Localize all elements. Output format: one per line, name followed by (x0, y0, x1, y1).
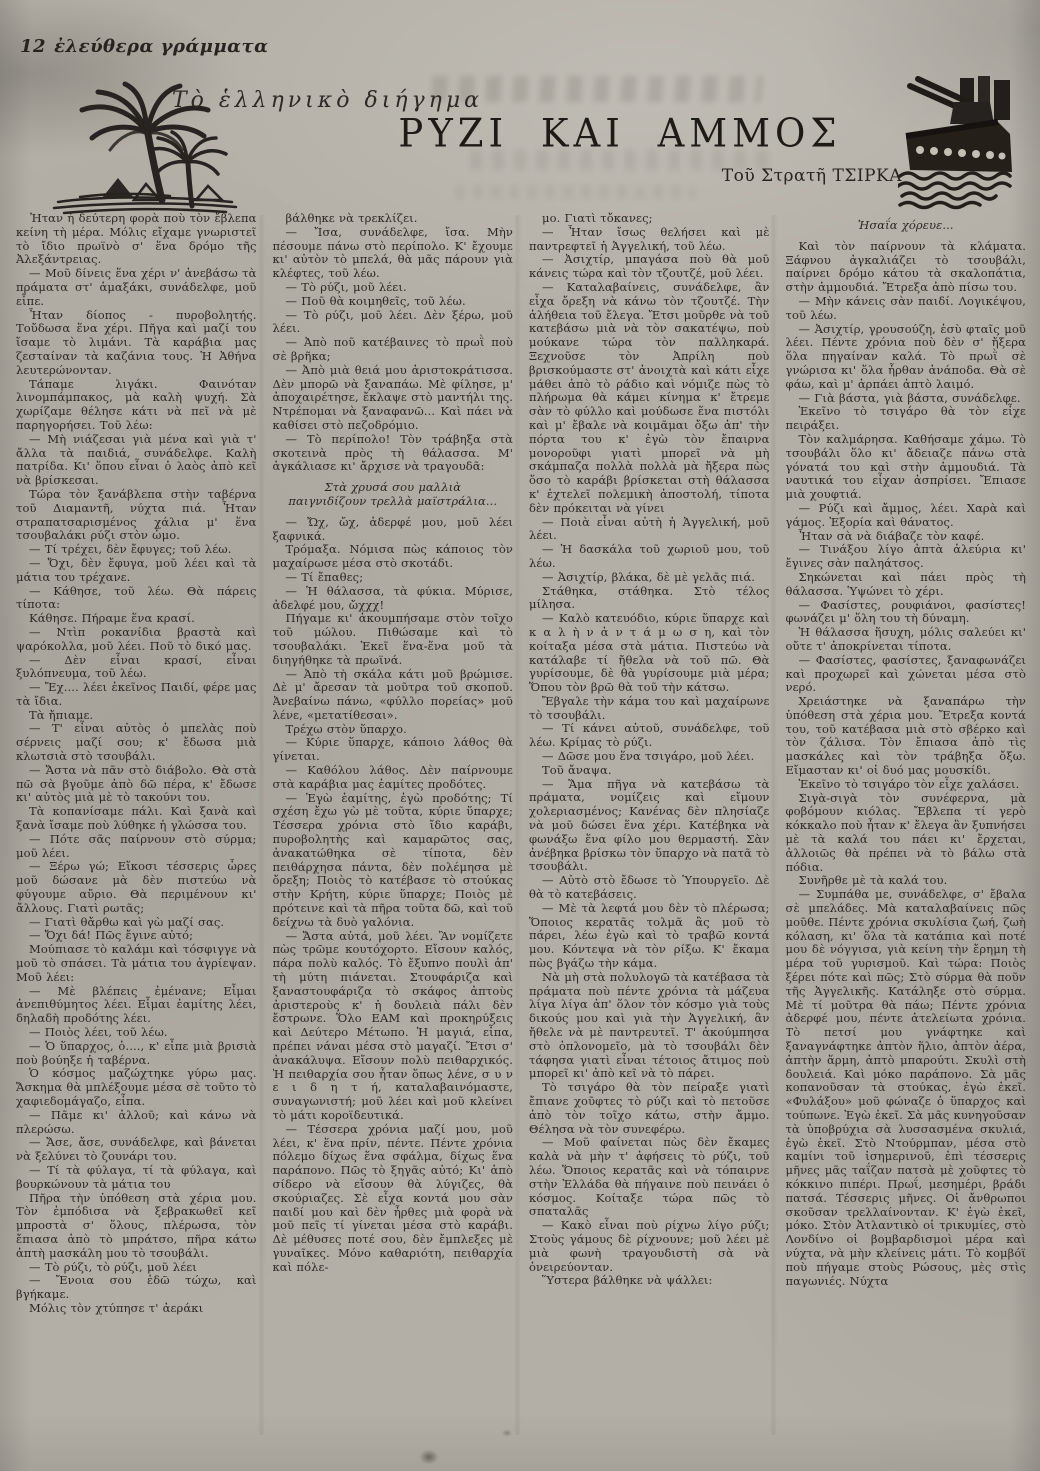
paragraph: — Ἐγὼ ἐαμίτης, ἐγὼ προδότης; Τί σχέση ἔχ… (273, 792, 514, 930)
paragraph: Σιγὰ-σιγὰ τὸν συνέφερνα, μὰ φοβόμουν κιό… (786, 792, 1027, 875)
paragraph: — Ἡ δασκάλα τοῦ χωριοῦ μου, τοῦ λέω. (529, 543, 770, 571)
paragraph: Τρόμαξα. Νόμισα πὼς κάποιος τὸν μαχαίρωσ… (273, 543, 514, 571)
paragraph: — Μοῦ δίνεις ἕνα χέρι ν' ἀνεβάσω τὰ πράμ… (16, 267, 257, 308)
ink-bleedthrough (455, 185, 695, 199)
paragraph: — Ἄστα αὐτά, μοῦ λέει. Ἂν νομίζετε πὼς τ… (273, 930, 514, 1123)
paragraph: μο. Γιατὶ τὄκανες; (529, 212, 770, 226)
text-column-3: μο. Γιατὶ τὄκανες;— Ἦταν ἴσως θελήσει κα… (529, 212, 770, 1452)
paragraph: — Ἅμα πῆγα νὰ κατεβάσω τὰ πράματα, νομίζ… (529, 778, 770, 875)
warship-illustration (898, 76, 1014, 214)
paragraph: — Κύριε ὕπαρχε, κάποιο λάθος θὰ γίνεται. (273, 736, 514, 764)
paragraph: — Αὐτὸ στὸ ἔδωσε τὸ Ὑπουργεῖο. Δὲ θὰ τὸ … (529, 874, 770, 902)
paragraph: Πήγαμε κι' ἀκουμπήσαμε στὸν τοῖχο τοῦ μώ… (273, 612, 514, 667)
paragraph: — Μὲ βλέπεις ἐμένανε; Εἶμαι ἀνεπιθύμητος… (16, 985, 257, 1026)
paragraph: Ἦταν σὰ νὰ διάβαζε τὸν καφέ. (786, 530, 1027, 544)
text-column-4: Ἡσαΐα χόρευε...Καὶ τὸν παίρνουν τὰ κλάμα… (786, 212, 1027, 1452)
paragraph: — Τὸ περίπολο! Τὸν τράβηξα στὰ σκοτεινὰ … (273, 433, 514, 474)
paragraph: — Ντὶπ ροκανίδια βραστὰ καὶ ψαρόκολλα, μ… (16, 626, 257, 654)
paragraph: — Ὄχι, δὲν ἔφυγα, μοῦ λέει καὶ τὰ μάτια … (16, 557, 257, 585)
masthead-title: ἐλεύθερα γράμματα (54, 36, 268, 57)
paragraph: — Ἦταν ἴσως θελήσει καὶ μὲ παντρεφτεῖ ἡ … (529, 226, 770, 254)
paragraph: — Ποῦ θὰ κοιμηθεῖς, τοῦ λέω. (273, 295, 514, 309)
paragraph: Ὕστερα βάλθηκε νὰ ψάλλει: (529, 1274, 770, 1288)
paragraph: — Μὴν κάνεις σὰν παιδί. Λογικέψου, τοῦ λ… (786, 295, 1027, 323)
paragraph: Τοῦ ἄναψα. (529, 764, 770, 778)
paragraph: — Τί τὰ φύλαγα, τί τὰ φύλαγα, καὶ βουρκώ… (16, 1164, 257, 1192)
verse-line: Στὰ χρυσά σου μαλλιὰ παιγνιδίζουν τρελλὰ… (273, 481, 514, 509)
paragraph: — Καθόλου λάθος. Δὲν παίρνουμε στὰ καράβ… (273, 764, 514, 792)
paragraph: Τὸν καλμάρησα. Καθήσαμε χάμω. Τὸ τσουβάλ… (786, 433, 1027, 502)
paragraph: — Ὁ ὕπαρχος, ὁ...., κ' εἶπε μιὰ βρισιὰ π… (16, 1040, 257, 1068)
paragraph: — Γιατὶ θἄρθω καὶ γὼ μαζί σας. (16, 916, 257, 930)
paragraph: Ἦταν ἡ δεύτερη φορὰ ποὺ τὸν ἔβλεπα κείνη… (16, 212, 257, 267)
paragraph: — Ποιὰ εἶναι αὐτὴ ἡ Ἀγγελική, μοῦ λέει. (529, 516, 770, 544)
paragraph: Στάθηκα, στάθηκα. Στὸ τέλος μίλησα. (529, 585, 770, 613)
paragraph: — Ποιὸς λέει, τοῦ λέω. (16, 1026, 257, 1040)
paragraph: — Τὸ ρύζι, μοῦ λέει. Δὲν ξέρω, μοῦ λέει. (273, 309, 514, 337)
story-body: Ἦταν ἡ δεύτερη φορὰ ποὺ τὸν ἔβλεπα κείνη… (16, 212, 1026, 1452)
paragraph: Σηκώνεται καὶ πάει πρὸς τὴ θάλασσα. Ὑψών… (786, 571, 1027, 599)
paragraph: — Ἡ θάλασσα, τὰ φύκια. Μύρισε, ἀδελφέ μο… (273, 585, 514, 613)
paragraph: — Ξέρω γώ; Εἴκοσι τέσσερις ὧρες μοῦ δώσα… (16, 860, 257, 915)
paragraph: Ὁ κόσμος μαζώχτηκε γύρω μας. Ἄσκημα θὰ μ… (16, 1067, 257, 1108)
paragraph: — Ἀσιχτίρ, γρουσούζη, ἐσὺ φταῖς μοῦ λέει… (786, 323, 1027, 392)
paragraph: Ἦταν δίοπος - πυροβολητής. Τοὔδωσα ἕνα χ… (16, 309, 257, 378)
paragraph: — Ρύζι καὶ ἄμμος, λέει. Χαρὰ καὶ γάμος. … (786, 502, 1027, 530)
paragraph: — Ἀσιχτίρ, μπαγάσα ποὺ θὰ μοῦ κάνεις τώρ… (529, 253, 770, 281)
paragraph: Ἡ θάλασσα ἥσυχη, μόλις σαλεύει κι' οὔτε … (786, 626, 1027, 654)
paragraph: — Πᾶμε κι' ἀλλοῦ; καὶ κάνω νὰ πλερώσω. (16, 1109, 257, 1137)
paragraph: Νὰ μὴ στὰ πολυλογῶ τὰ κατέβασα τὰ πράματ… (529, 971, 770, 1081)
paragraph: — Μὲ τὰ λεφτά μου δὲν τὸ πλέρωσα; Ὅποιος… (529, 902, 770, 971)
paragraph: — Τί τρέχει, δὲν ἔφυγες; τοῦ λέω. (16, 543, 257, 557)
paragraph: Κάθησε. Πήραμε ἕνα κρασί. (16, 612, 257, 626)
paragraph: — Κάθησε, τοῦ λέω. Θὰ πάρεις τίποτα: (16, 585, 257, 613)
paragraph: — Τί κάνει αὐτοῦ, συνάδελφε, τοῦ λέω. Κρ… (529, 722, 770, 750)
masthead: 12ἐλεύθερα γράμματα (20, 36, 268, 57)
paragraph: — Ἔχ.... λέει ἐκεῖνος Παιδί, φέρε μας τὰ… (16, 681, 257, 709)
paragraph: Ἐκεῖνο τὸ τσιγάρο θὰ τὸν εἶχε πειράξει. (786, 405, 1027, 433)
paragraph: — Πότε σᾶς παίρνουν στὸ σύρμα; μοῦ λέει. (16, 833, 257, 861)
paragraph: — Τί ἔπαθες; (273, 571, 514, 585)
paragraph: Συνῆρθε μὲ τὰ καλά του. (786, 874, 1027, 888)
paragraph: — Κακὸ εἶναι ποὺ ρίχνω λίγο ρύζι; Στοὺς … (529, 1219, 770, 1274)
paragraph: — Δῶσε μου ἕνα τσιγάρο, μοῦ λέει. (529, 750, 770, 764)
paragraph: — Ἄστα νὰ πᾶν στὸ διάβολο. Θὰ στὰ πῶ σὰ … (16, 764, 257, 805)
paragraph: — Καλὸ κατευόδιο, κύριε ὕπαρχε καὶ κ α λ… (529, 612, 770, 695)
paragraph: Τὸ τσιγάρο θὰ τὸν πείραξε γιατὶ ἔπιανε χ… (529, 1081, 770, 1136)
paragraph: Ἐκεῖνο τὸ τσιγάρο τὸν εἶχε χαλάσει. (786, 778, 1027, 792)
paragraph: — Ἄσε, ἄσε, συνάδελφε, καὶ βάνεται νὰ ξε… (16, 1136, 257, 1164)
paragraph: Ἔβγαλε τὴν κάμα του καὶ μαχαίρωνε τὸ τσο… (529, 695, 770, 723)
newspaper-page: 12ἐλεύθερα γράμματα (0, 0, 1040, 1471)
paragraph: — Φασίστες, φασίστες, ξαναφωνάζει καὶ πρ… (786, 654, 1027, 695)
paragraph: Πῆρα τὴν ὑπόθεση στὰ χέρια μου. Τὸν ἐμπό… (16, 1192, 257, 1261)
paragraph: Τρέχω στὸν ὕπαρχο. (273, 723, 514, 737)
paragraph: — Φασίστες, ρουφιάνοι, φασίστες! φωνάζει… (786, 599, 1027, 627)
paragraph: Τὰ κοπανίσαμε πάλι. Καὶ ξανὰ καὶ ξανὰ ἴσ… (16, 805, 257, 833)
paragraph: Τώρα τὸν ξανάβλεπα στὴν ταβέρνα τοῦ Διαμ… (16, 488, 257, 543)
paragraph: Καὶ τὸν παίρνουν τὰ κλάματα. Ξάφνου ἀγκα… (786, 240, 1027, 295)
paragraph: Τάπαμε λιγάκι. Φαινόταν λινομπάμπακος, μ… (16, 378, 257, 433)
paragraph: — Ὤχ, ὤχ, ἀδερφέ μου, μοῦ λέει ξαφνικά. (273, 516, 514, 544)
story-title: ΡΥΖΙ ΚΑΙ ΑΜΜΟΣ (370, 111, 870, 157)
paragraph: Μούπιασε τὸ καλάμι καὶ τόσφιγγε νὰ μοῦ τ… (16, 943, 257, 984)
paragraph: — Ἀπὸ ποῦ κατέβαινες τὸ πρωῒ ποὺ σὲ βρῆκ… (273, 336, 514, 364)
text-column-2: βάλθηκε νὰ τρεκλίζει.— Ἴσα, συνάδελφε, ἴ… (273, 212, 514, 1452)
paragraph: — Τέσσερα χρόνια μαζί μου, μοῦ λέει, κ' … (273, 1123, 514, 1275)
paragraph: — Τὸ ρύζι, τὸ ρύζι, μοῦ λέει (16, 1261, 257, 1275)
paragraph: — Ἀσιχτίρ, βλάκα, δὲ μὲ γελᾶς πιά. (529, 571, 770, 585)
paragraph: βάλθηκε νὰ τρεκλίζει. (273, 212, 514, 226)
paragraph: — Δὲν εἶναι κρασί, εἶναι ξυλόπνευμα, τοῦ… (16, 654, 257, 682)
paragraph: Μόλις τὸν χτύπησε τ' ἀεράκι (16, 1302, 257, 1316)
paragraph: — Τινάξου λίγο ἀπτὰ ἀλεύρια κι' ἔγινες σ… (786, 543, 1027, 571)
paragraph: — Ἔνοια σου ἐδῶ τώχω, καὶ βγήκαμε. (16, 1274, 257, 1302)
paragraph: — Ὄχι δά! Πῶς ἔγινε αὐτό; (16, 929, 257, 943)
paragraph: Χρειάστηκε νὰ ξαναπάρω τὴν ὑπόθεση στὰ χ… (786, 695, 1027, 778)
kicker: Τὸ ἑλληνικὸ διήγημα (172, 88, 483, 113)
paragraph: — Ἀπὸ τὴ σκάλα κάτι μοῦ βρώμισε. Δὲ μ' ἄ… (273, 668, 514, 723)
byline: Τοῦ Στρατῆ ΤΣΙΡΚΑ (640, 166, 902, 186)
paragraph: — Τ' εἶναι αὐτὸς ὁ μπελὰς ποὺ σέρνεις μα… (16, 722, 257, 763)
text-column-1: Ἦταν ἡ δεύτερη φορὰ ποὺ τὸν ἔβλεπα κείνη… (16, 212, 257, 1452)
paragraph: — Μοῦ φαίνεται πὼς δὲν ἔκαμες καλὰ νὰ μὴ… (529, 1136, 770, 1219)
paragraph: — Συμπάθα με, συνάδελφε, σ' ἔβαλα σὲ μπε… (786, 888, 1027, 1288)
paragraph: — Ἀπὸ μιὰ θειά μου ἀριστοκράτισσα. Δὲν μ… (273, 364, 514, 433)
paragraph: — Καταλαβαίνεις, συνάδελφε, ἂν εἶχα ὄρεξ… (529, 281, 770, 516)
paragraph: — Μὴ νιάζεσαι γιὰ μένα καὶ γιὰ τ' ἄλλα τ… (16, 433, 257, 488)
paragraph: — Τὸ ρύζι, μοῦ λέει. (273, 281, 514, 295)
page-number: 12 (20, 36, 46, 57)
paragraph: — Ἴσα, συνάδελφε, ἴσα. Μὴν πέσουμε πάνω … (273, 226, 514, 281)
verse-line: Ἡσαΐα χόρευε... (786, 219, 1027, 233)
